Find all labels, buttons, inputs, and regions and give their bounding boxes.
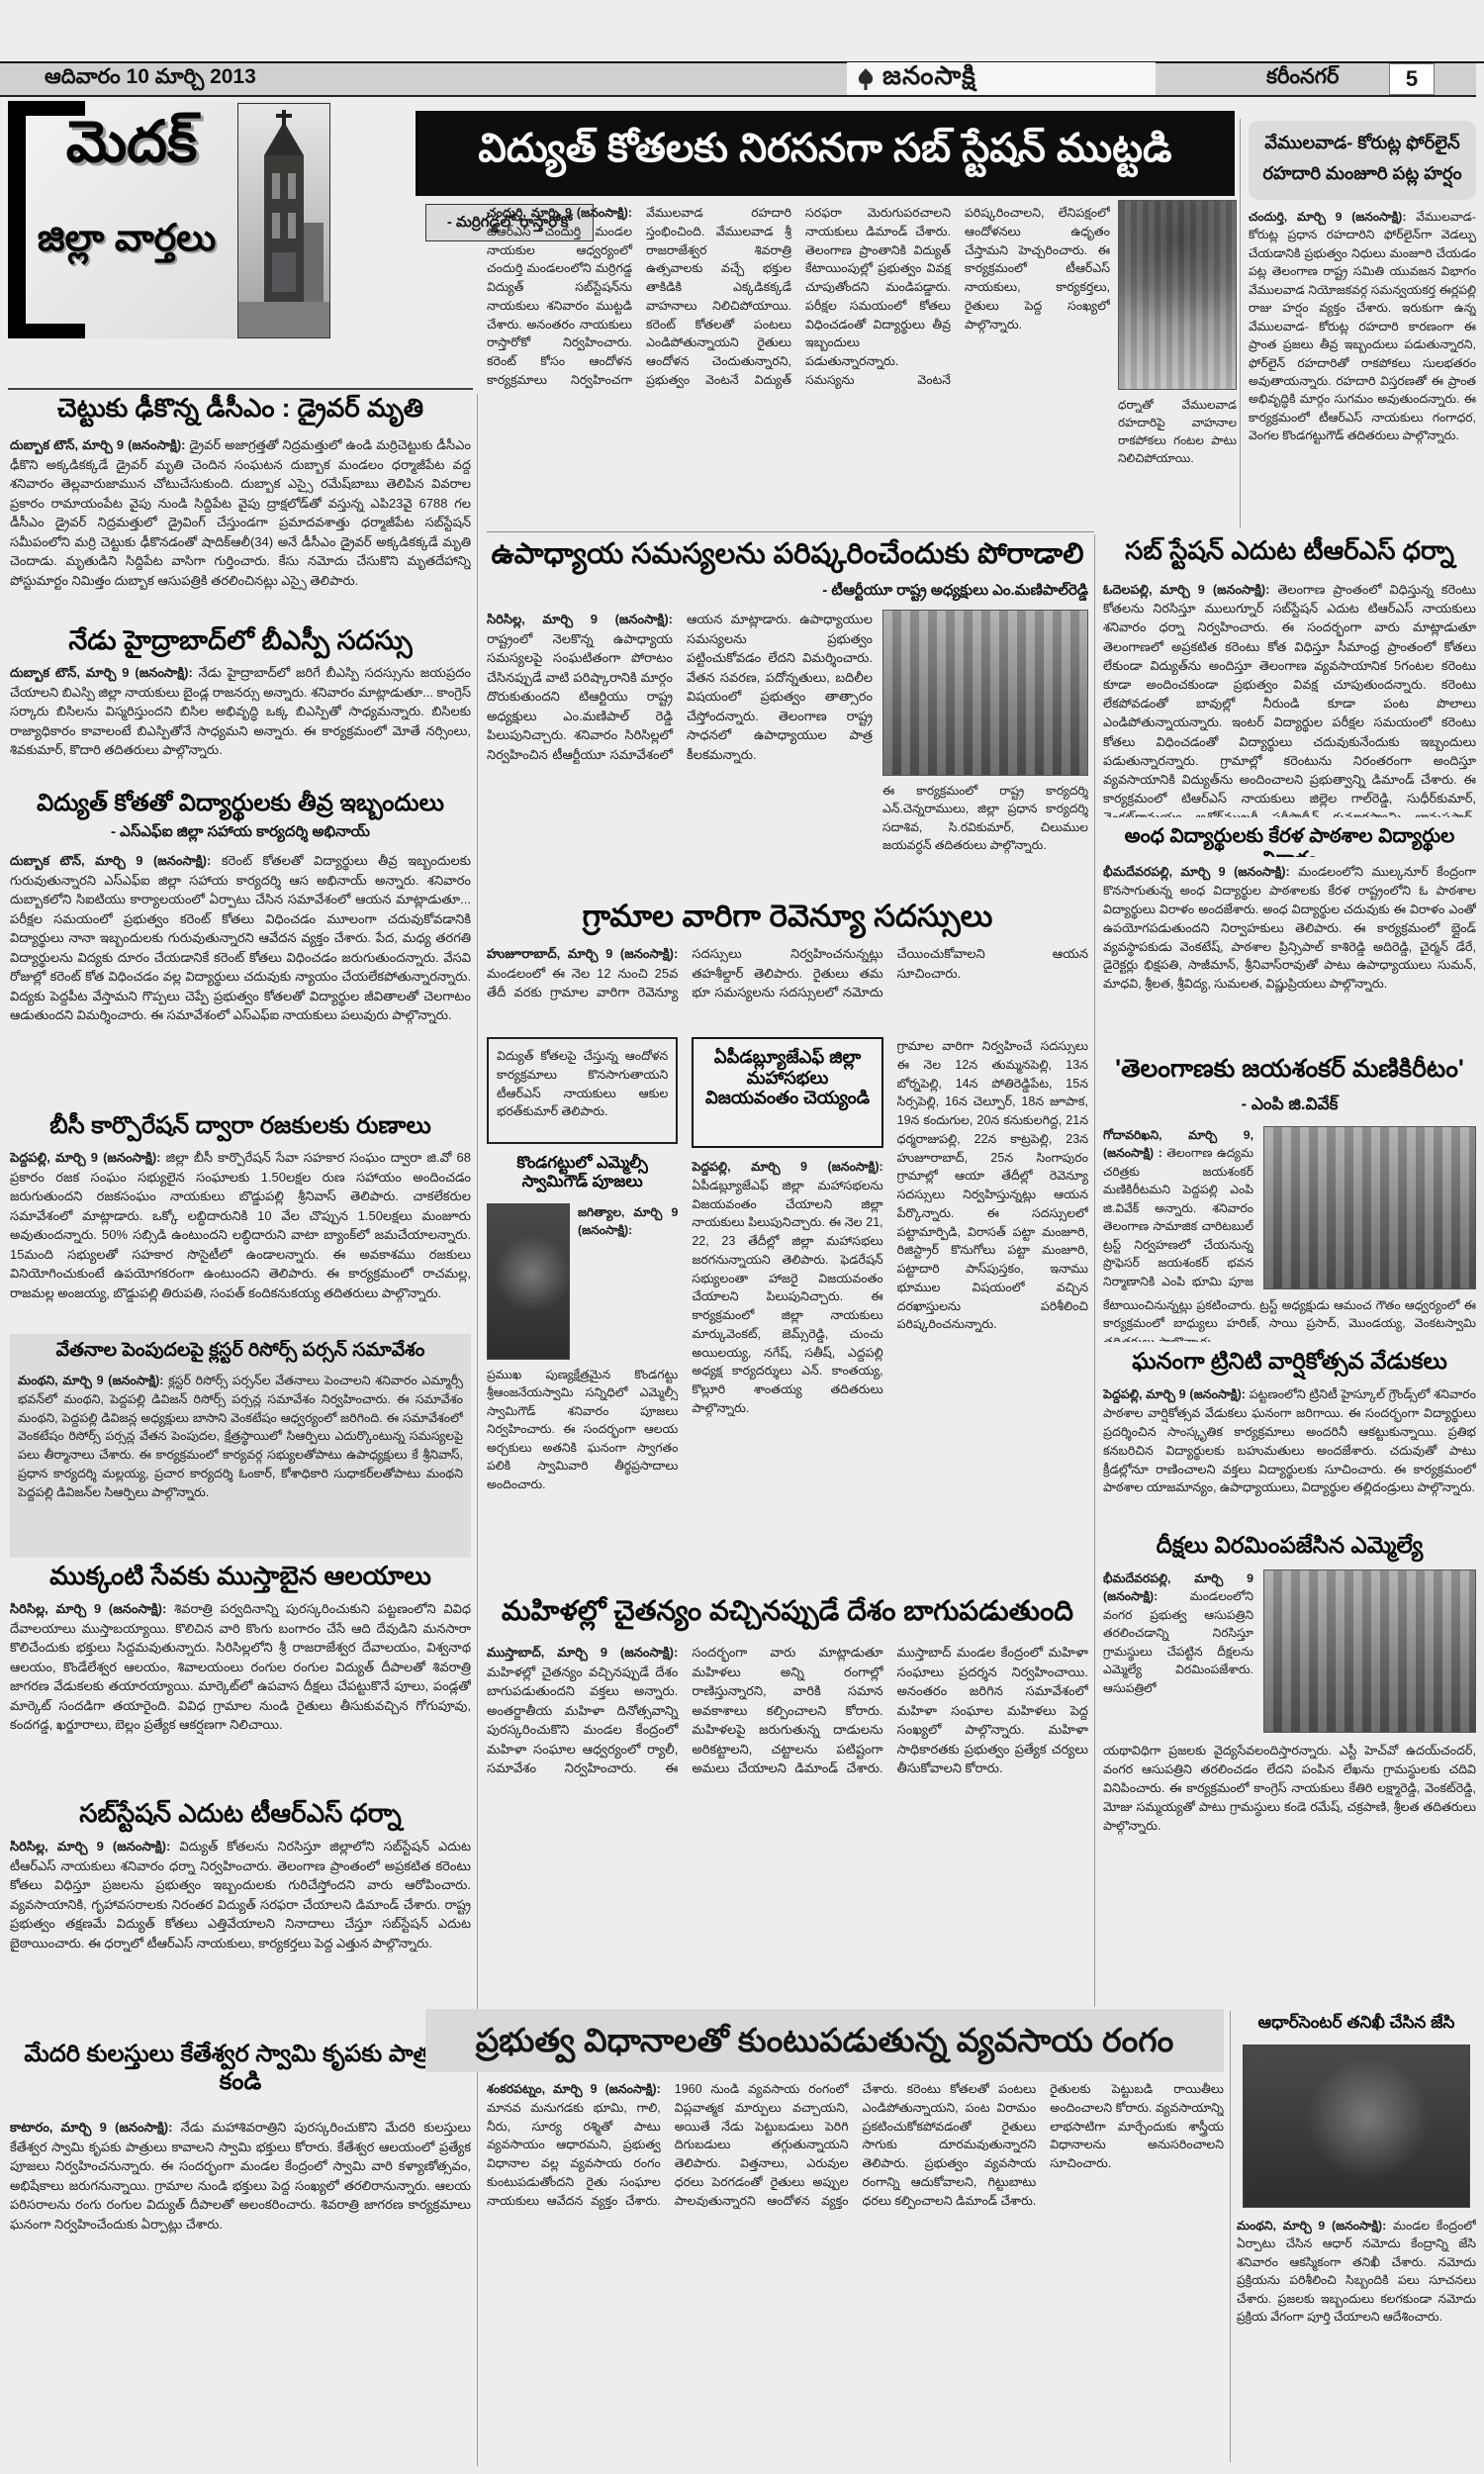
headline-substation-trs-dharna-left: సబ్‌స్టేషన్ ఎదుట టీఆర్ఎస్ ధర్నా (10, 1799, 471, 1835)
header-date: ఆదివారం 10 మార్చి 2013 (45, 65, 256, 94)
subhead-mp-vivek: - ఎంపి జి.వివేక్ (1103, 1094, 1476, 1120)
aadhaar-inspection-photo (1243, 2045, 1470, 2208)
article-body: సిరిసిల్ల, మార్చి 9 (జనంసాక్షి): రాష్ట్ర… (487, 610, 873, 893)
article-body: చందుర్తి, మార్చి 9 (జనంసాక్షి): టీఆర్ఎస్… (487, 204, 1110, 528)
article-body-continuation: కేటాయించినున్నట్లు ప్రకటించారు. ట్రస్ట్ … (1103, 1296, 1476, 1342)
dateline: మంథని, మార్చి 9 (జనంసాక్షి): (1237, 2219, 1386, 2233)
article-tail-box: విద్యుత్ కోతలపై చేస్తున్న ఆందోళన కార్యక్… (487, 1037, 678, 1144)
article-jayashankar-row: గోదావరిఖని, మార్చి 9, (జనంసాక్షి) : తెలం… (1103, 1126, 1476, 1292)
article-body-continuation: గ్రామాల వారిగా నిర్వహించే సదస్సులు ఈ నెల… (897, 1037, 1088, 1546)
headline-trinity-anniversary: ఘనంగా ట్రినిటి వార్షికోత్సవ వేడుకలు (1103, 1348, 1476, 1381)
trtu-meeting-photo (882, 610, 1088, 776)
headline-revenue-meetings: గ్రామాల వారిగా రెవెన్యూ సదస్సులు (487, 899, 1088, 940)
article-body: దుబ్బాక టౌన్, మార్చి 9 (జనంసాక్షి): నేడు… (10, 663, 471, 786)
article-body: సిరిసిల్ల, మార్చి 9 (జనంసాక్షి): శివరాత్… (10, 1599, 471, 1795)
headline-aadhaar-inspection: ఆధార్‌సెంటర్ తనిఖీ చేసిన జేసి (1237, 2013, 1476, 2041)
dateline: దుబ్బాక టౌన్, మార్చి 9 (జనంసాక్షి): (10, 853, 211, 868)
headline-dcm-accident: చెట్టుకు ఢీకొన్న డీసీఎం : డ్రైవర్ మృతి (10, 394, 471, 431)
article-body: గోదావరిఖని, మార్చి 9, (జనంసాక్షి) : తెలం… (1103, 1126, 1253, 1292)
headline-teacher-problems: ఉపాధ్యాయ సమస్యలను పరిష్కరించేందుకు పోరాడ… (487, 538, 1088, 578)
headline-jayashankar: 'తెలంగాణకు జయశంకర్ మణికిరీటం' (1103, 1055, 1476, 1093)
headline-temples-shivaratri: ముక్కంటి సేవకు ముస్తాబైన ఆలయాలు (10, 1562, 471, 1597)
masthead-under-rule (8, 388, 473, 390)
mosaic-col-2: ఏపీడబ్ల్యూజేఎఫ్ జిల్లా మహాసభలు విజయవంతం … (692, 1037, 882, 1546)
headline-blind-students-donation: అంధ విద్యార్థులకు కేరళ పాఠశాల విద్యార్థు… (1103, 825, 1476, 857)
dateline: సిరిసిల్ల, మార్చి 9 (జనంసాక్షి): (10, 1601, 166, 1616)
middle-mosaic-row: విద్యుత్ కోతలపై చేస్తున్న ఆందోళన కార్యక్… (487, 1037, 1088, 1546)
article-body: మంథని, మార్చి 9 (జనంసాక్షి): మండల కేంద్ర… (1237, 2217, 1476, 2460)
headline-agriculture-band: ప్రభుత్వ విధానాలతో కుంటుపడుతున్న వ్యవసాయ… (425, 2009, 1224, 2072)
column-rule (1230, 2011, 1231, 2462)
article-body: పెద్దపల్లి, మార్చి 9 (జనంసాక్షి): జిల్లా… (10, 1148, 471, 1329)
subhead-trtu-president: - టీఆర్టీయూ రాష్ట్ర అధ్యక్షులు ఎం.మణిపాల… (487, 582, 1088, 606)
header-page-number: 5 (1389, 63, 1435, 95)
article-body: జగిత్యాల, మార్చి 9 (జనంసాక్షి): (578, 1203, 678, 1360)
headline-fourlane-line1: వేములవాడ- కోరుట్ల ఫోర్‌లైన్ (1264, 133, 1459, 157)
article-body: మంథని, మార్చి 9 (జనంసాక్షి): క్లస్టర్ రి… (18, 1372, 463, 1548)
paper-logo-box: జనంసాక్షి (847, 62, 1156, 95)
dateline: శంకరపట్నం, మార్చి 9 (జనంసాక్షి): (487, 2082, 661, 2096)
headline-medari-ketheswara: మేదరి కులస్తులు కేతేశ్వర స్వామి కృపకు పా… (10, 2041, 471, 2112)
janamsakshi-logo-icon (855, 67, 877, 91)
dateline: పెద్దపల్లి, మార్చి 9 (జనంసాక్షి): (1103, 1387, 1246, 1401)
article-body: దుబ్బాక టౌన్, మార్చి 9 (జనంసాక్షి): డ్రై… (10, 435, 471, 623)
article-body: ఓదెలపల్లి, మార్చి 9 (జనంసాక్షి): తెలంగాణ… (1103, 580, 1476, 817)
article-body: పెద్దపల్లి, మార్చి 9 (జనంసాక్షి): పట్టణం… (1103, 1385, 1476, 1524)
masthead-title-2: జిల్లా వార్తలు (14, 218, 239, 269)
mosaic-col-3: గ్రామాల వారిగా నిర్వహించే సదస్సులు ఈ నెల… (897, 1037, 1088, 1546)
headline-substation-trs-dharna-right: సబ్ స్టేషన్ ఎదుట టీఆర్ఎస్ ధర్నా (1103, 536, 1476, 576)
headline-kondagattu-puja: కొండగట్టులో ఎమ్మెల్సీ స్వామిగౌడ్ పూజలు (487, 1154, 678, 1199)
mla-deeksha-photo (1263, 1570, 1476, 1733)
dateline: కాటారం, మార్చి 9 (జనంసాక్షి): (10, 2120, 172, 2135)
headline-substation-siege-banner: విద్యుత్ కోతలకు నిరసనగా సబ్ స్టేషన్ ముట్… (416, 111, 1235, 196)
section-rule (487, 531, 1094, 532)
headline-crp-meeting: వేతనాల పెంపుదలపై క్లస్టర్ రిసోర్స్ పర్సన… (18, 1340, 463, 1370)
article-body: భీమదేవరపల్లి, మార్చి 9 (జనంసాక్షి): మండల… (1103, 1570, 1253, 1736)
newspaper-page: ఆదివారం 10 మార్చి 2013 జనంసాక్షి కరీంనగర… (0, 0, 1484, 2474)
article-side: ఈ కార్యక్రమంలో రాష్ట్ర కార్యదర్శి ఎన్.చె… (882, 610, 1088, 893)
dateline: మంథని, మార్చి 9 (జనంసాక్షి): (18, 1374, 163, 1387)
headline-power-cut-students: విద్యుత్ కోతతో విద్యార్థులకు తీవ్ర ఇబ్బం… (10, 790, 471, 823)
dateline: ఓదెలపల్లి, మార్చి 9 (జనంసాక్షి): (1103, 582, 1269, 597)
dateline: పెద్దపల్లి, మార్చి 9 (జనంసాక్షి): (692, 1160, 882, 1174)
article-body: దుబ్బాక టౌన్, మార్చి 9 (జనంసాక్షి): కరెం… (10, 851, 471, 1108)
dateline: చందుర్తి, మార్చి 9 (జనంసాక్షి): (487, 206, 632, 220)
headline-apwjf-box: ఏపీడబ్ల్యూజేఎఫ్ జిల్లా మహాసభలు విజయవంతం … (692, 1037, 882, 1148)
kondagattu-puja-photo (487, 1203, 570, 1360)
headline-mla-deeksha: దీక్షలు విరమింపజేసిన ఎమ్మెల్యే (1103, 1532, 1476, 1566)
article-body: కాటారం, మార్చి 9 (జనంసాక్షి): నేడు మహాశి… (10, 2118, 471, 2460)
header-edition: కరీంనగర్ (1266, 65, 1340, 94)
article-crp-meeting-box: వేతనాల పెంపుదలపై క్లస్టర్ రిసోర్స్ పర్సన… (10, 1334, 471, 1558)
article-body-continuation: యథావిధిగా ప్రజలకు వైద్యసేవలందిస్తారన్నార… (1103, 1742, 1476, 1997)
dateline: దుబ్బాక టౌన్, మార్చి 9 (జనంసాక్షి): (10, 437, 186, 452)
headline-fourlane-box: వేములవాడ- కోరుట్ల ఫోర్‌లైన్ రహదారి మంజూర… (1249, 121, 1476, 200)
mosaic-col-1: విద్యుత్ కోతలపై చేస్తున్న ఆందోళన కార్యక్… (487, 1037, 678, 1546)
article-body: పెద్దపల్లి, మార్చి 9 (జనంసాక్షి): ఏపీడబ్… (692, 1158, 882, 1542)
article-body-continuation: ప్రముఖ పుణ్యక్షేత్రమైన కొండగట్టు శ్రీఆంజ… (487, 1366, 678, 1524)
headline-fourlane-line2: రహదారి మంజూరి పట్ల హర్షం (1262, 163, 1461, 188)
masthead-title-1: మెదక్ (28, 109, 235, 190)
header-bottom-rule (0, 95, 1476, 97)
dateline: దుబ్బాక టౌన్, మార్చి 9 (జనంసాక్షి): (10, 665, 193, 680)
church-photo (237, 103, 330, 338)
protest-road-photo (1118, 200, 1237, 390)
article-body: శంకరపట్నం, మార్చి 9 (జనంసాక్షి): మానవ మన… (487, 2080, 1224, 2460)
article-body: భీమదేవరపల్లి, మార్చి 9 (జనంసాక్షి): మండల… (1103, 863, 1476, 1047)
article-body: సిరిసిల్ల, మార్చి 9 (జనంసాక్షి): విద్యుత… (10, 1837, 471, 2039)
column-rule (477, 394, 478, 2466)
headline-bsp-meeting: నేడు హైద్రాబాద్‌లో బీఎస్పీ సదస్సు (10, 625, 471, 661)
dateline: హుజూరాబాద్, మార్చి 9 (జనంసాక్షి): (487, 946, 678, 961)
paper-title: జనంసాక్షి (882, 60, 976, 97)
column-rule (1240, 119, 1241, 527)
article-body-continuation: ధర్నాతో వేములవాడ రహదారిపై వాహనాల రాకపోకల… (1118, 396, 1237, 527)
article-body: ముస్తాబాద్, మార్చి 9 (జనంసాక్షి): మహిళల్… (487, 1643, 1088, 1997)
masthead-box: మెదక్ జిల్లా వార్తలు (8, 101, 330, 338)
dateline: సిరిసిల్ల, మార్చి 9 (జనంసాక్షి): (10, 1839, 170, 1854)
column-rule (1094, 534, 1095, 2007)
dateline: సిరిసిల్ల, మార్చి 9 (జనంసాక్షి): (487, 612, 673, 626)
article-deeksha-row: భీమదేవరపల్లి, మార్చి 9 (జనంసాక్షి): మండల… (1103, 1570, 1476, 1736)
article-body-continuation: ఈ కార్యక్రమంలో రాష్ట్ర కార్యదర్శి ఎన్.చె… (882, 782, 1088, 891)
dateline: జగిత్యాల, మార్చి 9 (జనంసాక్షి): (578, 1205, 678, 1237)
dateline: ముస్తాబాద్, మార్చి 9 (జనంసాక్షి): (487, 1645, 678, 1660)
dateline: చందుర్తి, మార్చి 9 (జనంసాక్షి): (1249, 210, 1406, 224)
dateline: పెద్దపల్లి, మార్చి 9 (జనంసాక్షి): (10, 1150, 161, 1165)
article-body: హుజూరాబాద్, మార్చి 9 (జనంసాక్షి): మండలంల… (487, 944, 1088, 1031)
article-teacher-problems: సిరిసిల్ల, మార్చి 9 (జనంసాక్షి): రాష్ట్ర… (487, 610, 1088, 893)
headline-bc-corporation-loans: బీసీ కార్పొరేషన్ ద్వారా రజకులకు రుణాలు (10, 1112, 471, 1146)
article-body: చందుర్తి, మార్చి 9 (జనంసాక్షి): వేములవాడ… (1249, 208, 1476, 526)
kondagattu-row: జగిత్యాల, మార్చి 9 (జనంసాక్షి): (487, 1203, 678, 1360)
dateline: భీమదేవరపల్లి, మార్చి 9 (జనంసాక్షి): (1103, 865, 1290, 879)
jayashankar-bhoomi-puja-photo (1263, 1126, 1476, 1289)
headline-women-awareness: మహిళల్లో చైతన్యం వచ్చినప్పుడే దేశం బాగుప… (487, 1595, 1088, 1637)
subhead-sfi: - ఎస్ఎఫ్ఐ జిల్లా సహాయ కార్యదర్శి అభినాయ్ (10, 823, 471, 847)
